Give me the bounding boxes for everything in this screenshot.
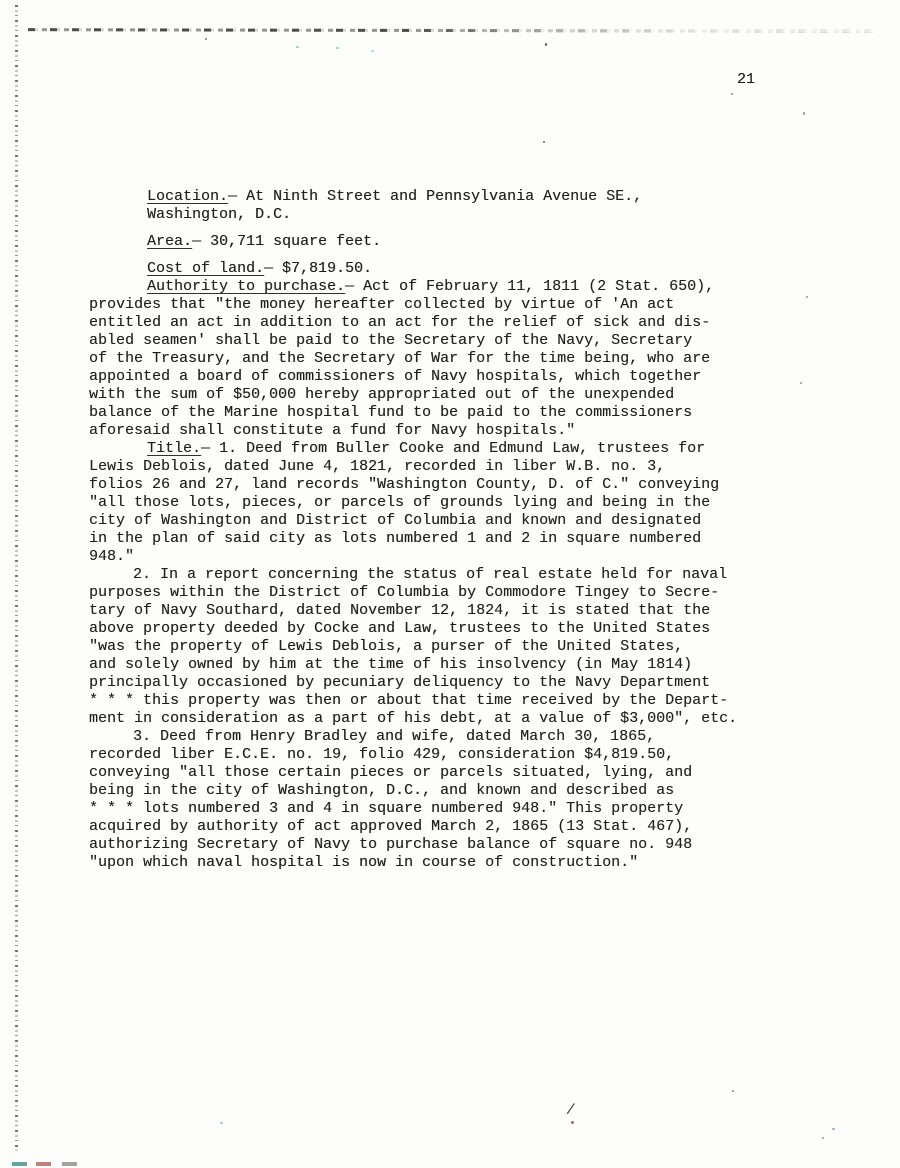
noise-dot bbox=[832, 1128, 835, 1130]
authority-label: Authority to purchase. bbox=[147, 278, 345, 295]
location-entry: Location.— At Ninth Street and Pennsylva… bbox=[147, 188, 789, 224]
title-item-2-paragraph: 2. In a report concerning the status of … bbox=[89, 566, 789, 728]
top-scan-artifact-line bbox=[28, 28, 874, 33]
page-number: 21 bbox=[737, 71, 755, 89]
title-label: Title. bbox=[147, 440, 201, 457]
bottom-color-bar-red bbox=[36, 1162, 51, 1166]
title-paragraph: Title.— 1. Deed from Buller Cooke and Ed… bbox=[89, 440, 789, 566]
noise-dot bbox=[205, 38, 207, 40]
noise-dot bbox=[800, 382, 802, 384]
pen-dot-mark bbox=[571, 1121, 574, 1124]
location-label: Location. bbox=[147, 188, 228, 205]
noise-dot bbox=[822, 1137, 824, 1139]
area-label: Area. bbox=[147, 233, 192, 250]
noise-dot bbox=[371, 50, 374, 52]
document-body: Location.— At Ninth Street and Pennsylva… bbox=[89, 188, 789, 872]
cost-of-land-entry: Cost of land.— $7,819.50. bbox=[147, 260, 789, 278]
area-value: — 30,711 square feet. bbox=[192, 233, 381, 250]
noise-dot bbox=[732, 1090, 734, 1092]
title-text: — 1. Deed from Buller Cooke and Edmund L… bbox=[89, 440, 719, 565]
noise-dot bbox=[543, 141, 545, 143]
scanned-document-page: 21 Location.— At Ninth Street and Pennsy… bbox=[0, 0, 900, 1168]
property-summary-block: Location.— At Ninth Street and Pennsylva… bbox=[147, 188, 789, 278]
noise-dot bbox=[803, 112, 805, 115]
area-entry: Area.— 30,711 square feet. bbox=[147, 233, 789, 251]
left-binding-edge-marks bbox=[15, 5, 18, 1151]
bottom-color-bar-gray bbox=[62, 1162, 77, 1166]
authority-to-purchase-paragraph: Authority to purchase.— Act of February … bbox=[89, 278, 789, 440]
noise-dot bbox=[731, 93, 733, 95]
noise-dot bbox=[296, 46, 299, 48]
noise-dot bbox=[220, 1122, 223, 1124]
bottom-color-bar-teal bbox=[12, 1162, 27, 1166]
title-item-3-paragraph: 3. Deed from Henry Bradley and wife, dat… bbox=[89, 728, 789, 872]
pen-slash-mark: / bbox=[565, 1102, 576, 1121]
noise-dot bbox=[545, 43, 547, 46]
cost-of-land-label: Cost of land. bbox=[147, 260, 264, 277]
noise-dot bbox=[336, 47, 339, 49]
cost-of-land-value: — $7,819.50. bbox=[264, 260, 372, 277]
noise-dot bbox=[806, 296, 808, 298]
authority-text: — Act of February 11, 1811 (2 Stat. 650)… bbox=[89, 278, 714, 439]
